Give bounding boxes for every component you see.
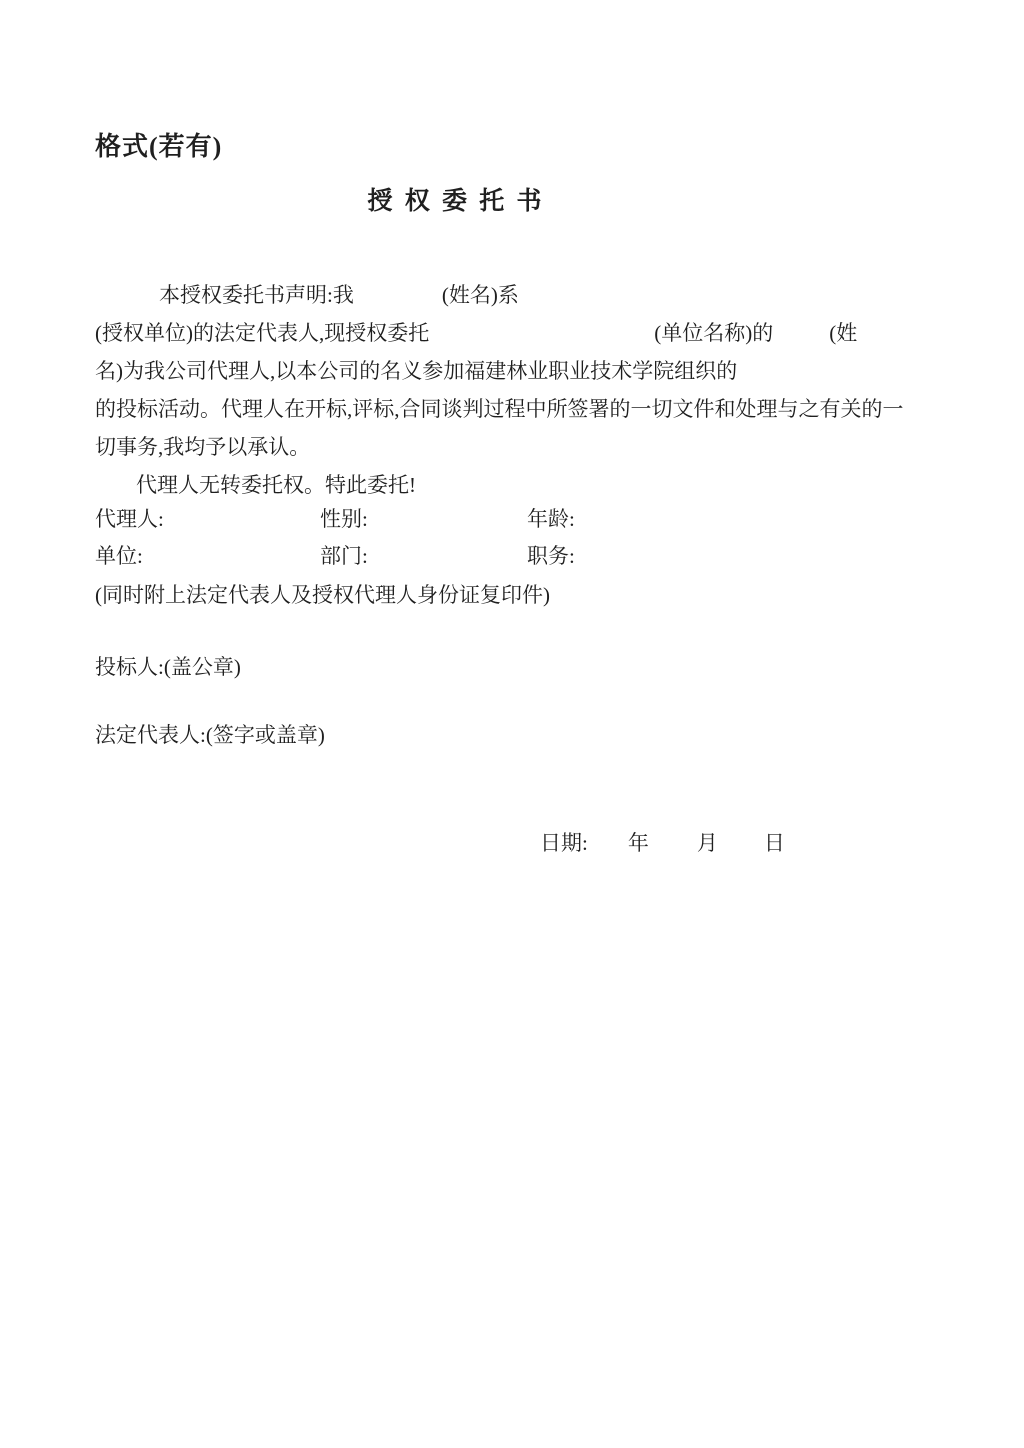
day-label: 日 <box>764 831 785 855</box>
declaration-lead-text: 本授权委托书声明:我 <box>159 283 354 307</box>
authorizing-unit-text: (授权单位)的法定代表人,现授权委托 <box>95 321 429 345</box>
agent-info-row-2: 单位: 部门: 职务: <box>95 537 937 575</box>
gender-field-label: 性别: <box>320 500 368 538</box>
blank-date-year <box>588 849 628 850</box>
age-field-label: 年龄: <box>527 500 575 538</box>
department-field-label: 部门: <box>320 537 368 575</box>
bidder-signature-line: 投标人:(盖公章) <box>95 648 241 686</box>
blank-date-day <box>718 849 764 850</box>
declaration-paragraph: 本授权委托书声明:我(姓名)系 (授权单位)的法定代表人,现授权委托(单位名称)… <box>95 276 937 504</box>
format-heading: 格式(若有) <box>95 131 222 163</box>
date-label: 日期: <box>540 831 588 855</box>
no-subdelegation-text: 代理人无转委托权。特此委托! <box>136 473 416 497</box>
document-title: 授 权 委 托 书 <box>0 186 912 218</box>
month-label: 月 <box>697 831 718 855</box>
document-page: 格式(若有) 授 权 委 托 书 本授权委托书声明:我(姓名)系 (授权单位)的… <box>0 0 1024 1448</box>
date-line: 日期:年月日 <box>540 824 785 862</box>
paragraph-line-1: 本授权委托书声明:我(姓名)系 <box>95 276 937 314</box>
attachment-note: (同时附上法定代表人及授权代理人身份证复印件) <box>95 576 550 614</box>
position-field-label: 职务: <box>527 537 575 575</box>
paragraph-line-5-text: 切事务,我均予以承认。 <box>95 435 310 459</box>
blank-agent-unit <box>429 339 654 340</box>
paragraph-line-3: 名)为我公司代理人,以本公司的名义参加福建林业职业技术学院组织的 <box>95 352 937 390</box>
paragraph-line-4-text: 的投标活动。代理人在开标,评标,合同谈判过程中所签署的一切文件和处理与之有关的一 <box>95 397 904 421</box>
name-hint-text: (姓名)系 <box>442 283 519 307</box>
agent-info-row-1: 代理人: 性别: 年龄: <box>95 500 937 538</box>
blank-agent-name <box>773 339 829 340</box>
unit-name-hint-text: (单位名称)的 <box>654 321 773 345</box>
paragraph-line-5: 切事务,我均予以承认。 <box>95 428 937 466</box>
legal-representative-signature-line: 法定代表人:(签字或盖章) <box>95 716 325 754</box>
paragraph-line-3-text: 名)为我公司代理人,以本公司的名义参加福建林业职业技术学院组织的 <box>95 359 737 383</box>
year-label: 年 <box>628 831 649 855</box>
blank-date-month <box>649 849 697 850</box>
paragraph-line-2: (授权单位)的法定代表人,现授权委托(单位名称)的(姓 <box>95 314 937 352</box>
unit-field-label: 单位: <box>95 537 143 575</box>
paragraph-line-6: 代理人无转委托权。特此委托! <box>95 466 937 504</box>
agent-field-label: 代理人: <box>95 500 164 538</box>
paragraph-line-4: 的投标活动。代理人在开标,评标,合同谈判过程中所签署的一切文件和处理与之有关的一 <box>95 390 937 428</box>
blank-principal-name <box>354 301 442 302</box>
name-hint-open-text: (姓 <box>829 321 857 345</box>
